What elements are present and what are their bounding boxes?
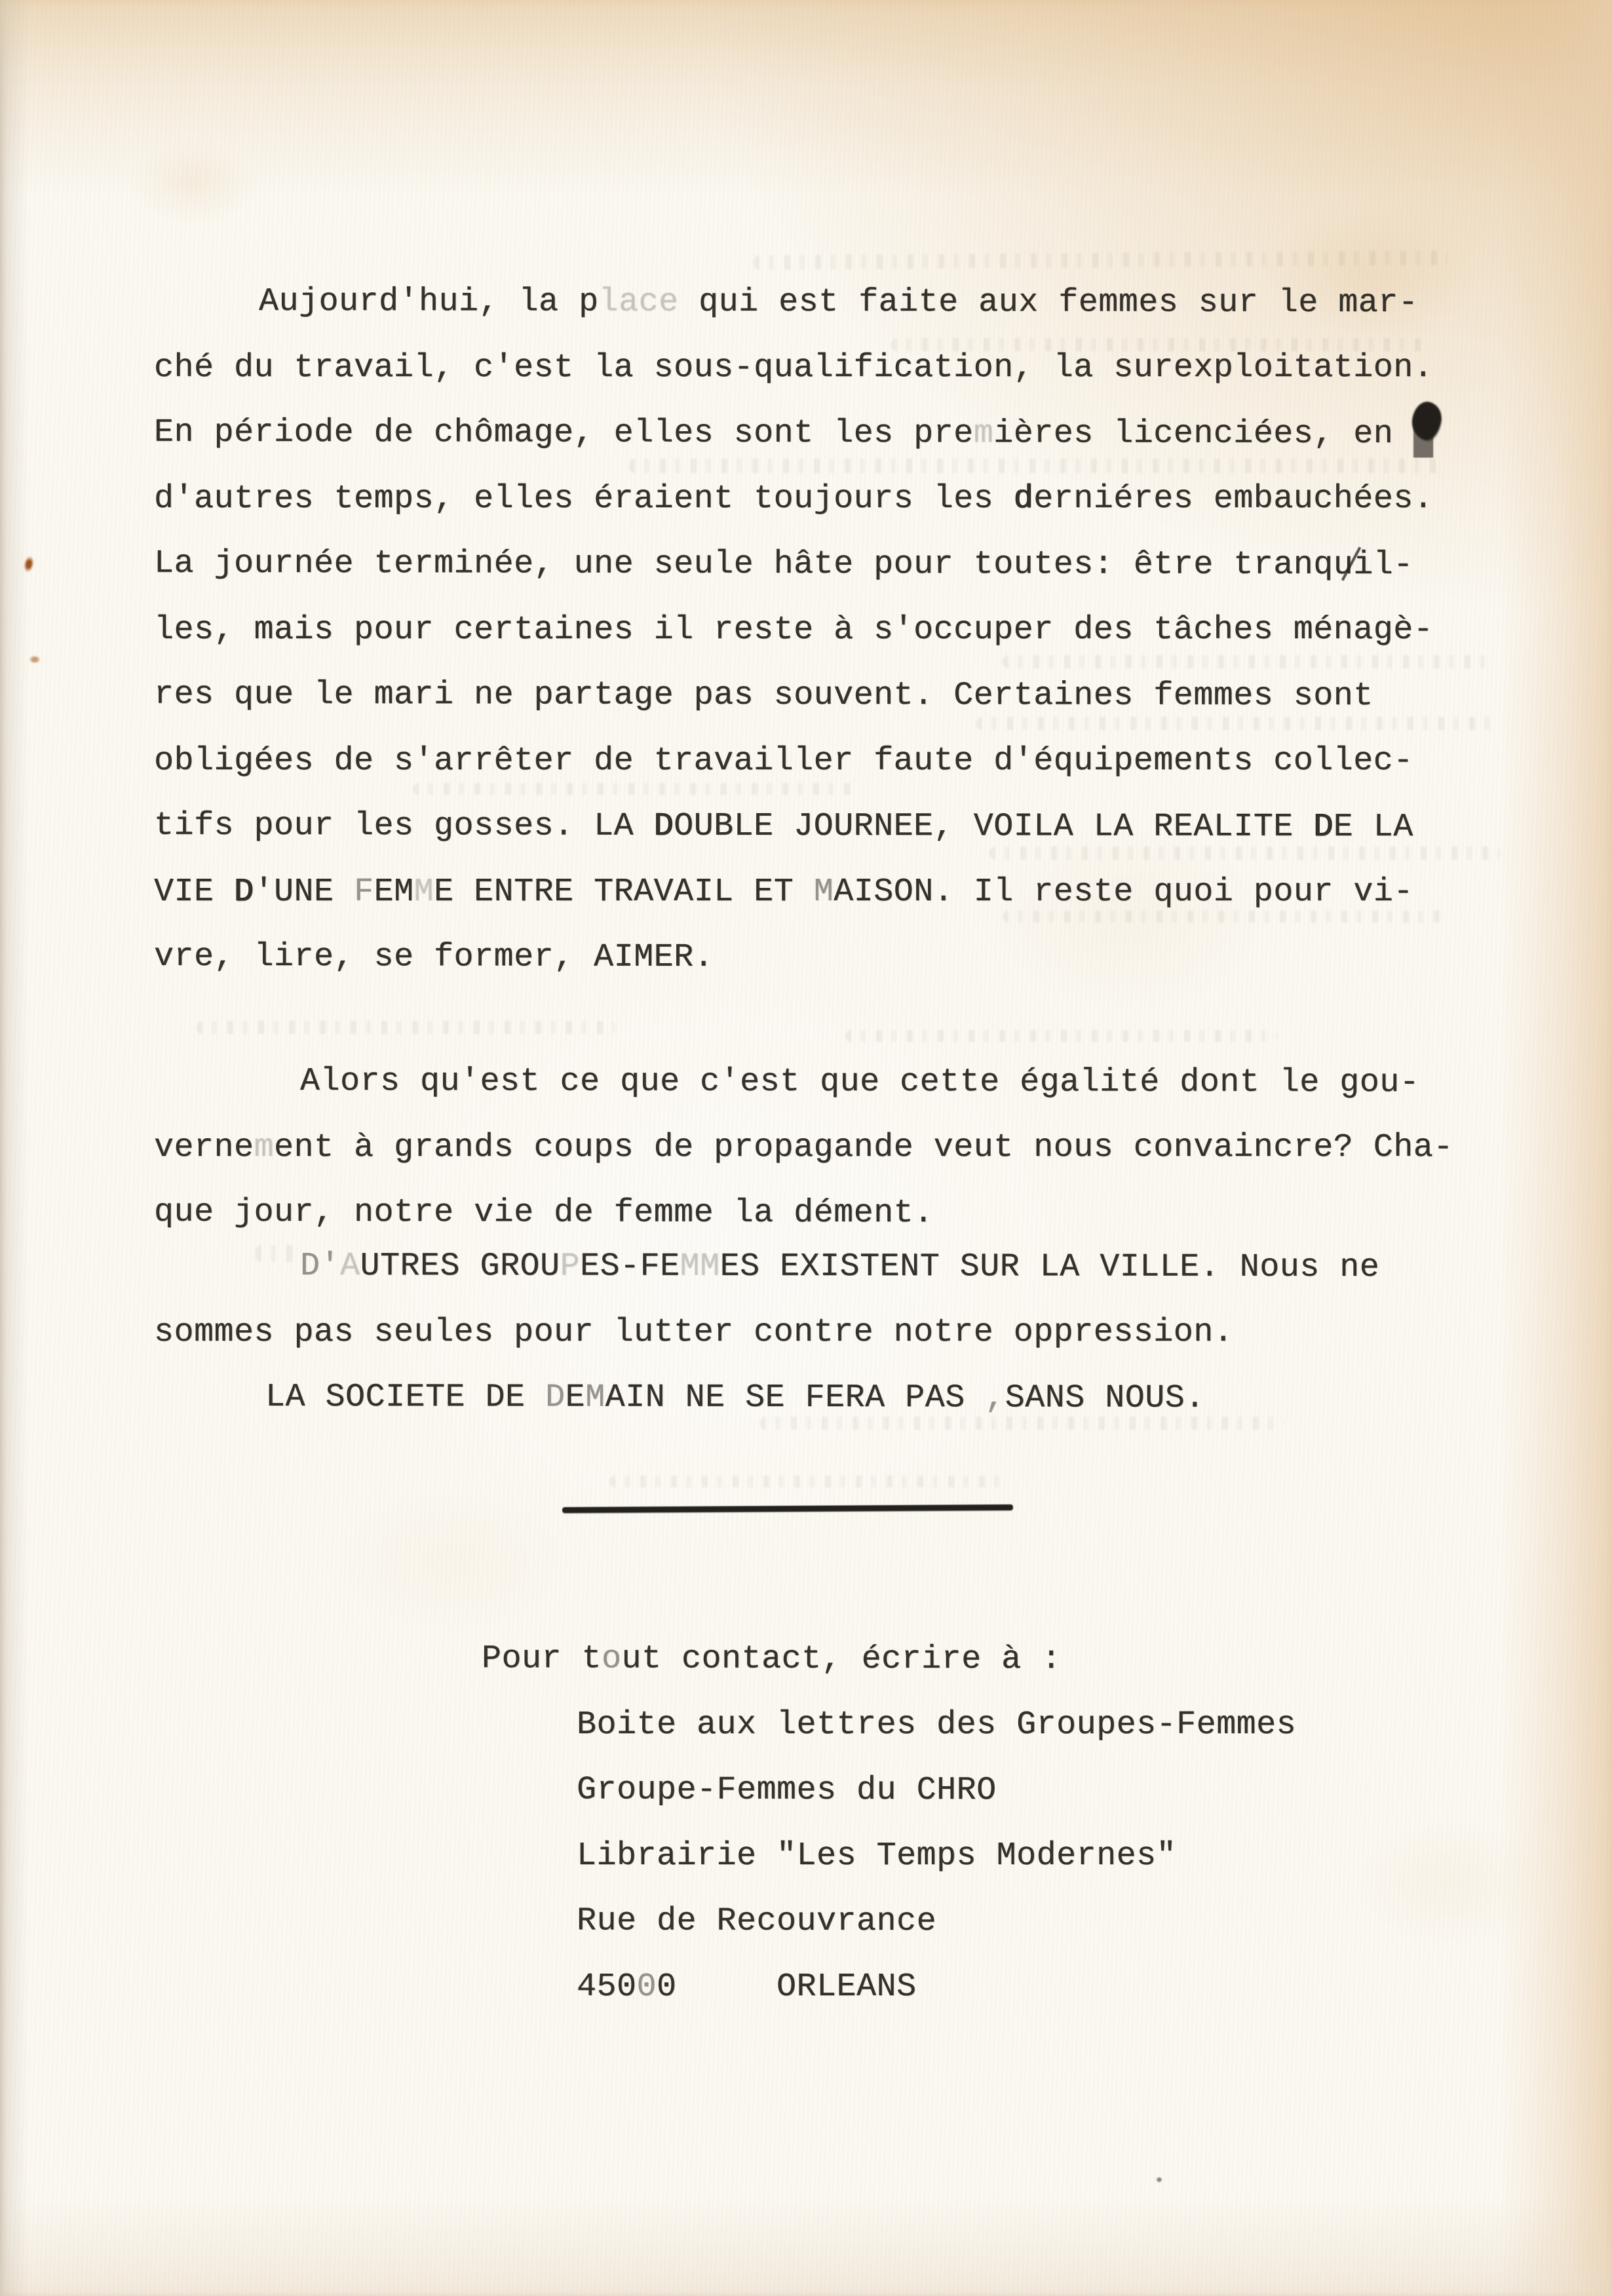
contact-line: Pour tout contact, écrire à : (482, 1626, 1296, 1693)
text-segment: En période de chômage, elles sont les pr… (154, 414, 974, 453)
paragraph-1: Aujourd'hui, la place qui est faite aux … (154, 270, 1484, 991)
text-segment: LA SOCIETE DE (265, 1379, 545, 1417)
text-segment: Aujourd'hui, la p (259, 283, 599, 321)
text-segment: m (254, 1129, 275, 1166)
text-segment: VIE (154, 873, 234, 911)
text-segment: A (340, 1248, 360, 1285)
text-segment: M (814, 873, 834, 911)
text-line: obligées de s'arrêter de travailler faut… (154, 729, 1484, 794)
text-segment: ES EXISTENT SUR LA VILLE. Nous ne (720, 1248, 1380, 1286)
text-segment: ES-FE (580, 1248, 680, 1286)
text-line: VIE D'UNE FEMME ENTRE TRAVAIL ET MAISON.… (154, 860, 1484, 925)
text-segment: D (545, 1379, 566, 1416)
text-segment: 'UNE (254, 873, 355, 911)
text-segment: M (585, 1379, 605, 1417)
contact-block: Pour tout contact, écrire à :Boite aux l… (482, 1627, 1296, 2020)
text-segment: F (354, 873, 374, 911)
text-segment: Boite aux lettres des Groupes-Femmes (577, 1706, 1296, 1744)
text-line: vernement à grands coups de propagande v… (154, 1115, 1484, 1181)
text-segment: , (985, 1379, 1005, 1417)
text-segment: ché du travail, c'est la sous-qualificat… (154, 349, 1433, 387)
text-segment: d (1014, 480, 1034, 518)
text-line: d'autres temps, elles éraient toujours l… (154, 467, 1484, 532)
text-segment: que jour, notre vie de femme la dément. (154, 1194, 934, 1232)
paper-speck (29, 655, 41, 664)
text-segment: D (654, 808, 674, 845)
text-segment: M (414, 873, 434, 911)
text-line: tifs pour les gosses. LA DOUBLE JOURNEE,… (154, 794, 1484, 860)
text-line: les, mais pour certaines il reste à s'oc… (154, 598, 1484, 663)
text-segment: m (974, 415, 994, 452)
contact-line: Rue de Recouvrance (482, 1888, 1296, 1955)
text-segment: ui (1334, 546, 1373, 584)
text-segment: ut contact, écrire à : (622, 1641, 1062, 1679)
text-line: vre, lire, se former, AIMER. (154, 925, 1484, 991)
contact-line: Boite aux lettres des Groupes-Femmes (482, 1693, 1296, 1758)
text-segment: l- (1373, 546, 1413, 584)
text-segment: o (602, 1640, 622, 1677)
text-line: La journée terminée, une seule hâte pour… (154, 531, 1484, 598)
text-segment: AISON. Il reste quoi pour vi- (834, 873, 1413, 911)
paragraph-2: Alors qu'est ce que c'est que cette égal… (154, 1050, 1484, 1246)
text-segment: Groupe-Femmes du CHRO (577, 1771, 997, 1809)
text-segment: sommes pas seules pour lutter contre not… (154, 1314, 1233, 1351)
paper-speck (1156, 2177, 1162, 2183)
contact-line: Librairie "Les Temps Modernes" (482, 1824, 1296, 1889)
text-line: Alors qu'est ce que c'est que cette égal… (154, 1049, 1484, 1116)
text-segment: d'autres temps, elles éraient toujours l… (154, 480, 1014, 518)
text-segment: La journée terminée, une seule hâte pour… (154, 545, 1334, 584)
text-line: sommes pas seules pour lutter contre not… (154, 1300, 1484, 1366)
text-segment: OUBLE JOURNEE, VOILA LA REALITE (674, 808, 1313, 846)
contact-line: 45000 ORLEANS (482, 1955, 1296, 2020)
text-segment: Alors qu'est ce que c'est que cette égal… (300, 1063, 1419, 1101)
text-segment: lace (599, 284, 679, 321)
text-line: En période de chômage, elles sont les pr… (154, 400, 1484, 467)
text-segment: vre, lire, se former, AIMER. (154, 938, 714, 976)
text-segment: ent à grands coups de propagande veut no… (274, 1129, 1453, 1166)
text-segment: EM (374, 873, 414, 911)
text-segment: SANS NOUS. (1005, 1379, 1205, 1417)
text-segment: E (566, 1379, 586, 1417)
text-segment: AIN NE SE FERA PAS (605, 1379, 986, 1417)
paragraph-3: D'AUTRES GROUPES-FEMMES EXISTENT SUR LA … (154, 1234, 1484, 1431)
text-segment: D (234, 873, 254, 911)
text-segment: MM (680, 1248, 720, 1286)
text-segment: E LA (1334, 809, 1413, 846)
document-page: Aujourd'hui, la place qui est faite aux … (0, 0, 1612, 2296)
text-segment: D (1313, 809, 1334, 846)
text-line: LA SOCIETE DE DEMAIN NE SE FERA PAS ,SAN… (154, 1365, 1484, 1432)
text-segment: les, mais pour certaines il reste à s'oc… (154, 611, 1433, 649)
text-segment: res que le mari ne partage pas souvent. … (154, 676, 1373, 715)
ink-blot: █ (1413, 407, 1440, 440)
text-line: res que le mari ne partage pas souvent. … (154, 662, 1484, 729)
text-segment: 450 (577, 1968, 637, 2006)
text-segment: D' (300, 1248, 340, 1285)
text-segment: Librairie "Les Temps Modernes" (577, 1837, 1176, 1875)
text-segment: erniéres embauchées. (1033, 480, 1433, 518)
text-segment: qui est faite aux femmes sur le mar- (679, 284, 1419, 322)
text-segment: UTRES GROU (360, 1248, 560, 1285)
typewritten-text: Aujourd'hui, la place qui est faite aux … (154, 270, 1484, 1431)
text-segment: P (560, 1248, 581, 1286)
text-segment: Rue de Recouvrance (577, 1902, 936, 1940)
text-segment: 0 ORLEANS (657, 1968, 917, 2006)
text-segment: verne (154, 1129, 254, 1166)
text-line: D'AUTRES GROUPES-FEMMES EXISTENT SUR LA … (154, 1234, 1484, 1301)
text-segment: ières licenciées, en (993, 415, 1413, 453)
text-segment: E ENTRE TRAVAIL ET (434, 873, 814, 911)
text-segment: tifs pour les gosses. LA (154, 807, 654, 845)
contact-line: Groupe-Femmes du CHRO (482, 1757, 1296, 1824)
text-segment: obligées de s'arrêter de travailler faut… (154, 742, 1413, 780)
text-segment: Pour t (482, 1640, 602, 1677)
text-line: ché du travail, c'est la sous-qualificat… (154, 335, 1484, 401)
text-segment: 0 (637, 1968, 657, 2006)
text-line: Aujourd'hui, la place qui est faite aux … (154, 269, 1484, 336)
